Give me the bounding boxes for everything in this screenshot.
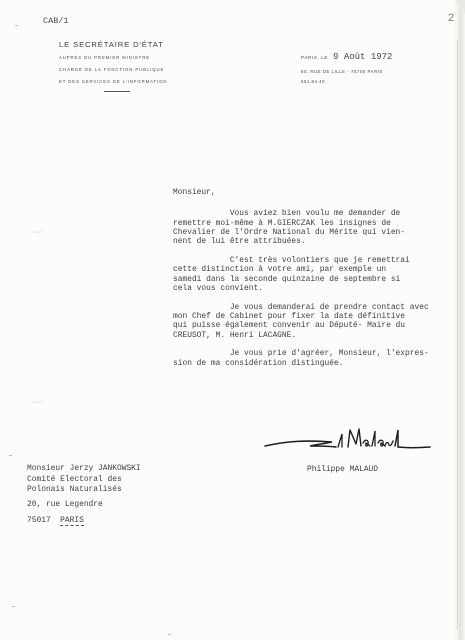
- paragraph: C'est très volontiers que je remettrai c…: [173, 256, 459, 293]
- letterhead-divider: [104, 91, 130, 92]
- scan-speck: [15, 25, 18, 26]
- paragraph: Je vous prie d'agréer, Monsieur, l'expre…: [173, 349, 459, 368]
- scan-speck: [9, 455, 12, 456]
- recipient-city: PARIS: [60, 516, 84, 526]
- page-number: 2: [448, 12, 454, 24]
- paragraph: Vous aviez bien voulu me demander de rem…: [173, 209, 459, 246]
- scan-speck: [168, 634, 171, 635]
- date-line: PARIS, LE9 Août 1972: [301, 46, 392, 64]
- recipient-org: Comité Electoral des: [27, 475, 141, 484]
- sender-phone: 551.84.40: [301, 79, 392, 84]
- letter-page: CAB/1 2 LE SECRÉTAIRE D'ÉTAT AUPRÈS DU P…: [0, 0, 465, 640]
- corner-fold: [455, 0, 465, 14]
- letterhead-line: AUPRÈS DU PREMIER MINISTRE: [59, 55, 184, 60]
- letterhead: LE SECRÉTAIRE D'ÉTAT AUPRÈS DU PREMIER M…: [59, 40, 184, 92]
- letterhead-line: CHARGÉ DE LA FONCTION PUBLIQUE: [59, 67, 184, 72]
- paragraph: Je vous demanderai de prendre contact av…: [173, 303, 459, 340]
- scan-speck: [12, 606, 15, 607]
- letter-date: 9 Août 1972: [333, 52, 392, 62]
- signer-name: Philippe MALAUD: [307, 465, 378, 474]
- dateline: PARIS, LE9 Août 1972 80, RUE DE LILLE - …: [301, 46, 392, 89]
- letterhead-line: ET DES SERVICES DE L'INFORMATION: [59, 79, 184, 84]
- letter-body: Monsieur, Vous aviez bien voulu me deman…: [173, 188, 459, 377]
- punch-hole-mark: [30, 392, 44, 403]
- recipient-address: Monsieur Jerzy JANKOWSKI Comité Electora…: [27, 464, 141, 525]
- recipient-org: Polonais Naturalisés: [27, 485, 141, 494]
- sender-address: 80, RUE DE LILLE - 75700 PARIS: [301, 69, 392, 74]
- recipient-street: 20, rue Legendre: [27, 500, 141, 509]
- date-prefix: PARIS, LE: [301, 55, 328, 60]
- letterhead-title: LE SECRÉTAIRE D'ÉTAT: [59, 40, 184, 49]
- recipient-city-line: 75017 PARIS: [27, 516, 141, 525]
- handwritten-signature: [262, 426, 432, 456]
- salutation: Monsieur,: [173, 188, 459, 197]
- punch-hole-mark: [30, 222, 44, 233]
- reference-code: CAB/1: [43, 16, 69, 26]
- recipient-postcode: 75017: [27, 516, 51, 525]
- recipient-name: Monsieur Jerzy JANKOWSKI: [27, 464, 141, 473]
